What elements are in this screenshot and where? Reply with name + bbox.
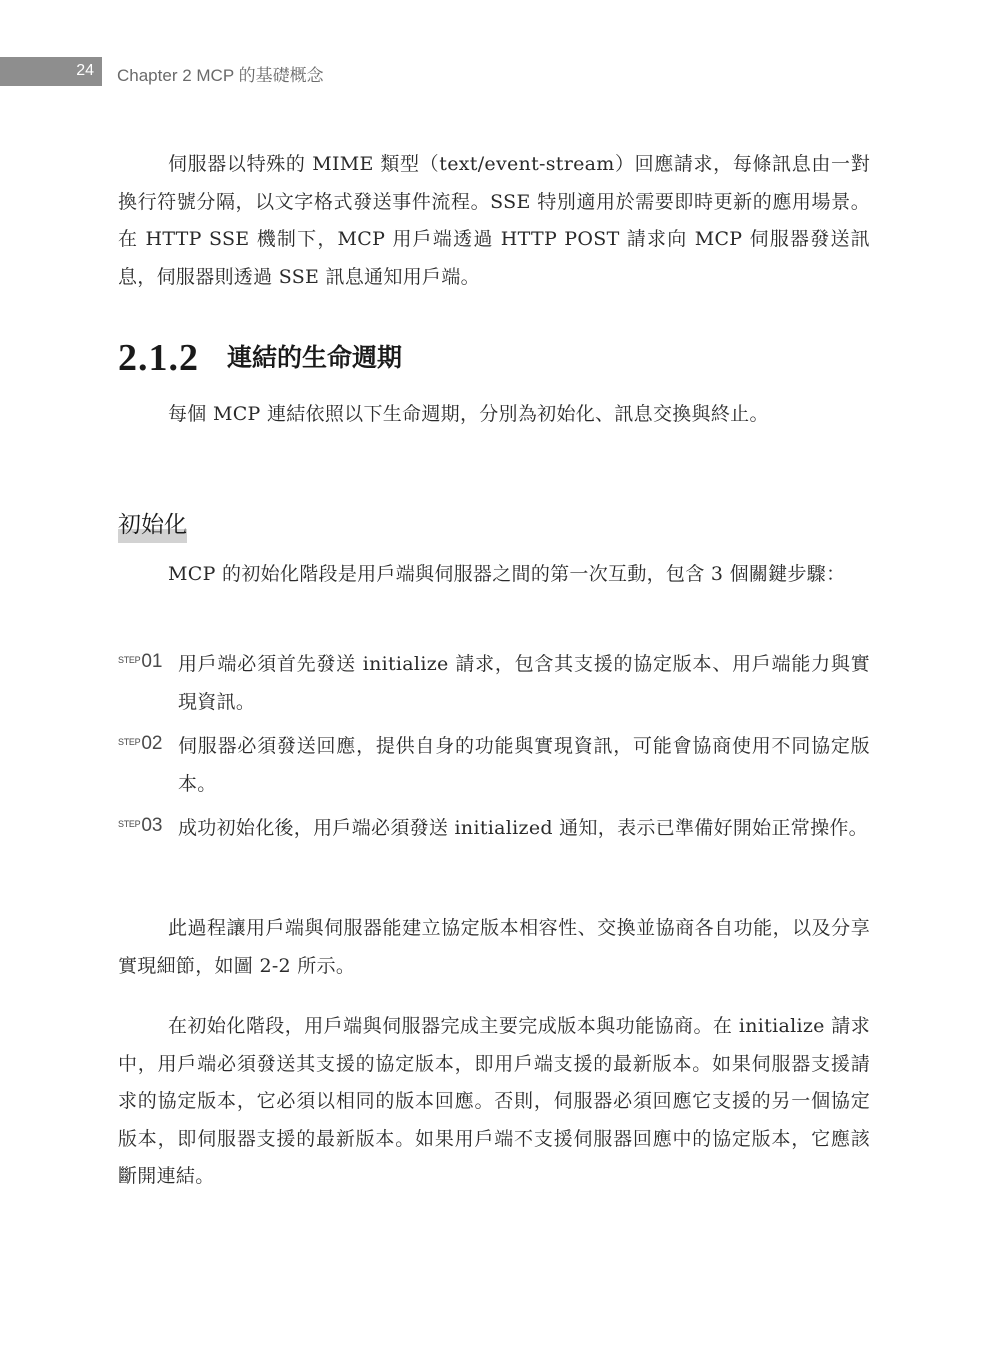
section-heading: 2.1.2連結的生命週期: [118, 336, 402, 380]
paragraph-init-intro: MCP 的初始化階段是用戶端與伺服器之間的第一次互動，包含 3 個關鍵步驟：: [118, 556, 870, 594]
paragraph-text: 在初始化階段，用戶端與伺服器完成主要完成版本與功能協商。在 initialize…: [118, 1008, 870, 1196]
running-header: 24 Chapter 2 MCP 的基礎概念: [0, 57, 1000, 86]
paragraph-lifecycle: 每個 MCP 連結依照以下生命週期，分別為初始化、訊息交換與終止。: [118, 396, 870, 434]
page-number: 24: [76, 62, 94, 80]
step-item: STEP02 伺服器必須發送回應，提供自身的功能與實現資訊，可能會協商使用不同協…: [118, 728, 870, 803]
step-label: STEP02: [118, 733, 162, 755]
step-label: STEP03: [118, 815, 162, 837]
step-label: STEP01: [118, 651, 162, 673]
step-text: 伺服器必須發送回應，提供自身的功能與實現資訊，可能會協商使用不同協定版本。: [178, 728, 870, 803]
step-text: 用戶端必須首先發送 initialize 請求，包含其支援的協定版本、用戶端能力…: [178, 646, 870, 721]
step-item: STEP03 成功初始化後，用戶端必須發送 initialized 通知，表示已…: [118, 810, 870, 848]
paragraph-sse: 伺服器以特殊的 MIME 類型（text/event-stream）回應請求，每…: [118, 146, 870, 296]
paragraph-process: 此過程讓用戶端與伺服器能建立協定版本相容性、交換並協商各自功能，以及分享實現細節…: [118, 910, 870, 985]
subsection-heading: 初始化: [118, 506, 187, 543]
paragraph-text: 伺服器以特殊的 MIME 類型（text/event-stream）回應請求，每…: [118, 146, 870, 296]
section-number: 2.1.2: [118, 337, 199, 379]
step-text: 成功初始化後，用戶端必須發送 initialized 通知，表示已準備好開始正常…: [178, 810, 870, 848]
paragraph-text: MCP 的初始化階段是用戶端與伺服器之間的第一次互動，包含 3 個關鍵步驟：: [118, 556, 870, 594]
paragraph-text: 此過程讓用戶端與伺服器能建立協定版本相容性、交換並協商各自功能，以及分享實現細節…: [118, 910, 870, 985]
chapter-title: Chapter 2 MCP 的基礎概念: [117, 61, 324, 86]
section-title: 連結的生命週期: [227, 343, 402, 372]
page-number-tab: 24: [0, 57, 102, 86]
paragraph-negotiation: 在初始化階段，用戶端與伺服器完成主要完成版本與功能協商。在 initialize…: [118, 1008, 870, 1196]
step-item: STEP01 用戶端必須首先發送 initialize 請求，包含其支援的協定版…: [118, 646, 870, 721]
paragraph-text: 每個 MCP 連結依照以下生命週期，分別為初始化、訊息交換與終止。: [118, 396, 870, 434]
